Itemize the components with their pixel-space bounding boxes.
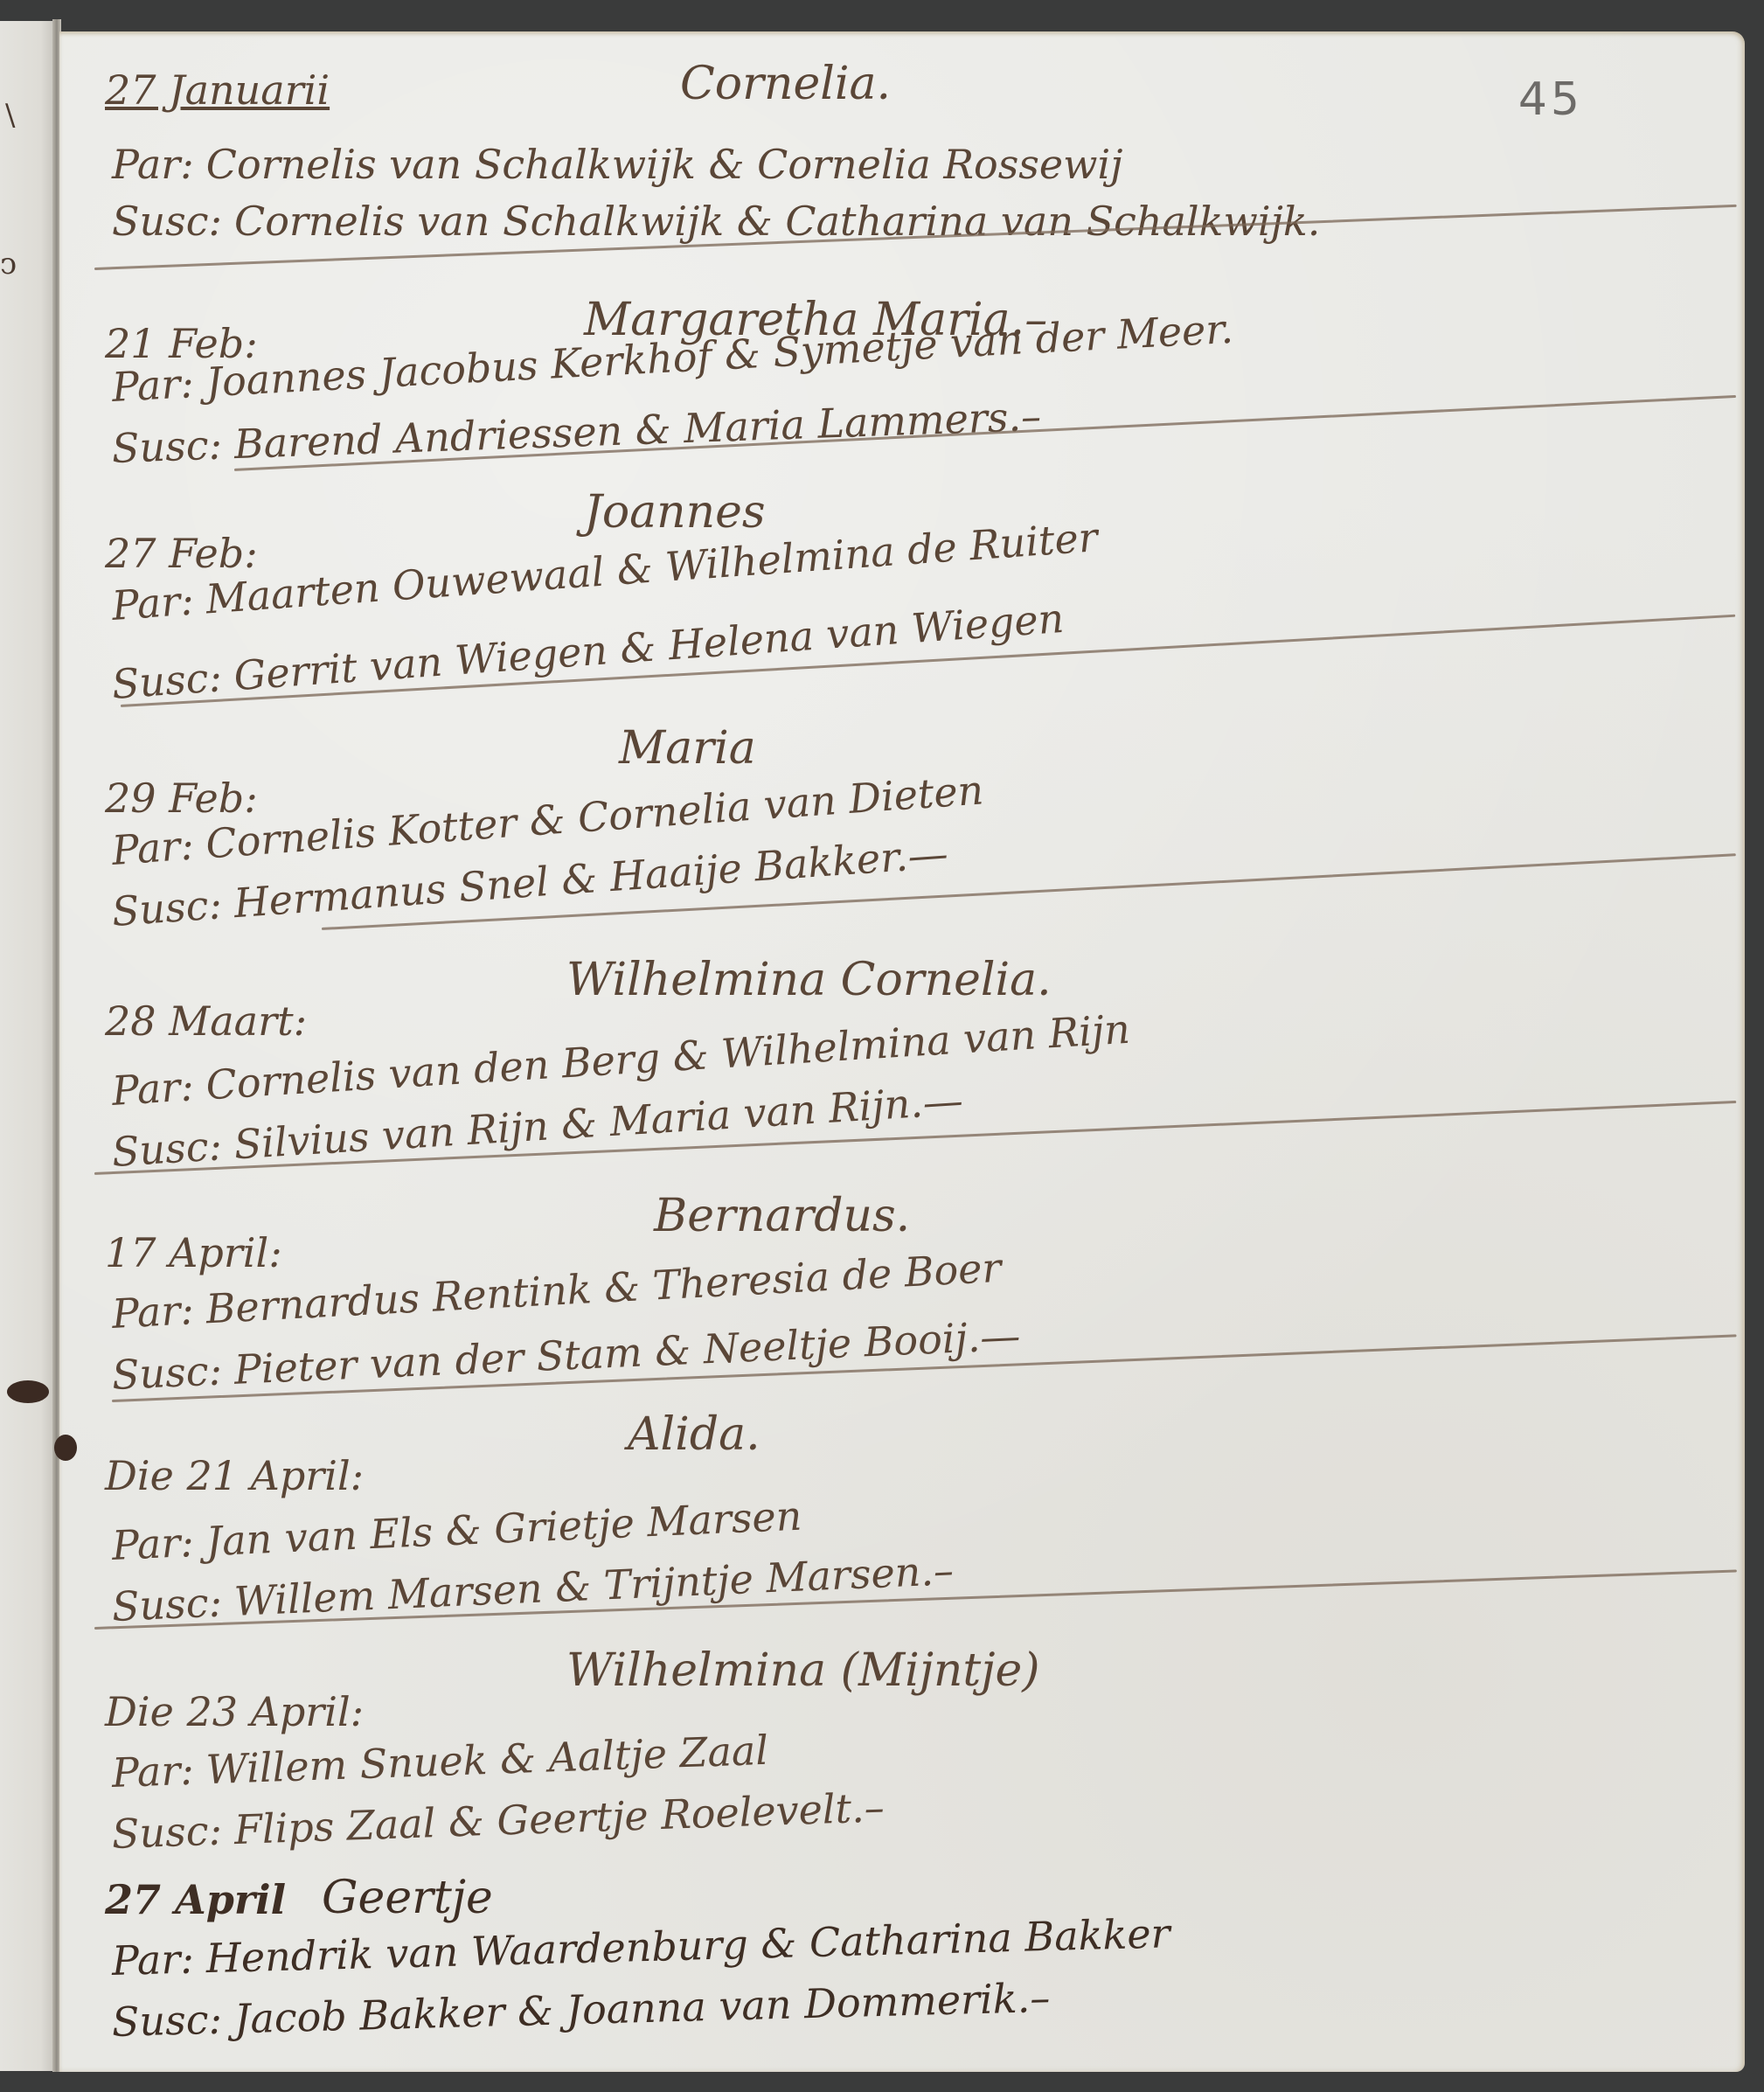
parents-label: Par: xyxy=(110,577,195,629)
sponsors-names: Flips Zaal & Geertje Roelevelt.– xyxy=(233,1783,885,1853)
sponsors-line: Susc:Flips Zaal & Geertje Roelevelt.– xyxy=(111,1783,885,1858)
child-name: Wilhelmina (Mijntje) xyxy=(566,1644,1040,1697)
sponsors-label: Susc: xyxy=(112,198,222,245)
sponsors-line: Susc:Jacob Bakker & Joanna van Dommerik.… xyxy=(111,1974,1051,2046)
parents-names: Cornelis van Schalkwijk & Cornelia Rosse… xyxy=(206,141,1123,188)
parents-label: Par: xyxy=(111,1519,195,1569)
entry-date: 28 Maart: xyxy=(105,997,307,1045)
sponsors-names: Jacob Bakker & Joanna van Dommerik.– xyxy=(233,1974,1051,2042)
previous-page-edge: \ ↄ xyxy=(0,21,54,2071)
parents-label: Par: xyxy=(112,141,194,188)
parents-names: Cornelis van den Berg & Wilhelmina van R… xyxy=(205,1005,1131,1109)
sponsors-line: Susc:Barend Andriessen & Maria Lammers.– xyxy=(111,393,1042,472)
entry-date: Die 21 April: xyxy=(105,1452,364,1499)
child-name: Alida. xyxy=(628,1408,760,1461)
parents-names: Willem Snuek & Aaltje Zaal xyxy=(205,1727,769,1793)
sponsors-line: Susc:Cornelis van Schalkwijk & Catharina… xyxy=(112,198,1320,245)
margin-mark: ↄ xyxy=(0,247,17,281)
child-name: Joannes xyxy=(584,486,766,539)
ink-blot xyxy=(7,1380,49,1403)
child-name: Cornelia. xyxy=(680,58,891,110)
entry-date: 27 Januarii xyxy=(105,66,330,114)
parents-label: Par: xyxy=(110,1062,195,1115)
entry-date: 29 Feb: xyxy=(105,775,258,822)
sponsors-label: Susc: xyxy=(111,421,223,472)
parents-label: Par: xyxy=(111,1747,195,1797)
parents-label: Par: xyxy=(111,1286,195,1338)
parents-line: Par:Willem Snuek & Aaltje Zaal xyxy=(111,1727,769,1797)
margin-mark: \ xyxy=(5,98,15,133)
entry-date: 17 April: xyxy=(105,1229,282,1276)
ink-blot xyxy=(54,1435,77,1461)
sponsors-label: Susc: xyxy=(111,1807,223,1858)
entry-date: 27 Feb: xyxy=(105,530,258,577)
child-name: Maria xyxy=(619,722,756,775)
page-number: 45 xyxy=(1518,73,1583,126)
entry-date: Die 23 April: xyxy=(105,1688,364,1735)
parents-label: Par: xyxy=(110,822,195,874)
parents-names: Jan van Els & Grietje Marsen xyxy=(205,1492,803,1566)
parents-label: Par: xyxy=(111,359,195,411)
child-name: Wilhelmina Cornelia. xyxy=(566,954,1052,1006)
entry-date: 27 April xyxy=(105,1876,286,1923)
parents-line: Par:Cornelis van Schalkwijk & Cornelia R… xyxy=(112,141,1122,188)
sponsors-label: Susc: xyxy=(110,880,223,935)
parents-label: Par: xyxy=(111,1936,194,1984)
sponsors-names: Barend Andriessen & Maria Lammers.– xyxy=(233,393,1042,468)
sponsors-label: Susc: xyxy=(111,1347,223,1399)
child-name: Bernardus. xyxy=(654,1190,910,1242)
sponsors-label: Susc: xyxy=(111,1996,222,2046)
register-page: 45 27 Januarii Cornelia. Par:Cornelis va… xyxy=(59,31,1745,2072)
child-name: Geertje xyxy=(322,1872,493,1924)
sponsors-names: Cornelis van Schalkwijk & Catharina van … xyxy=(234,198,1320,245)
